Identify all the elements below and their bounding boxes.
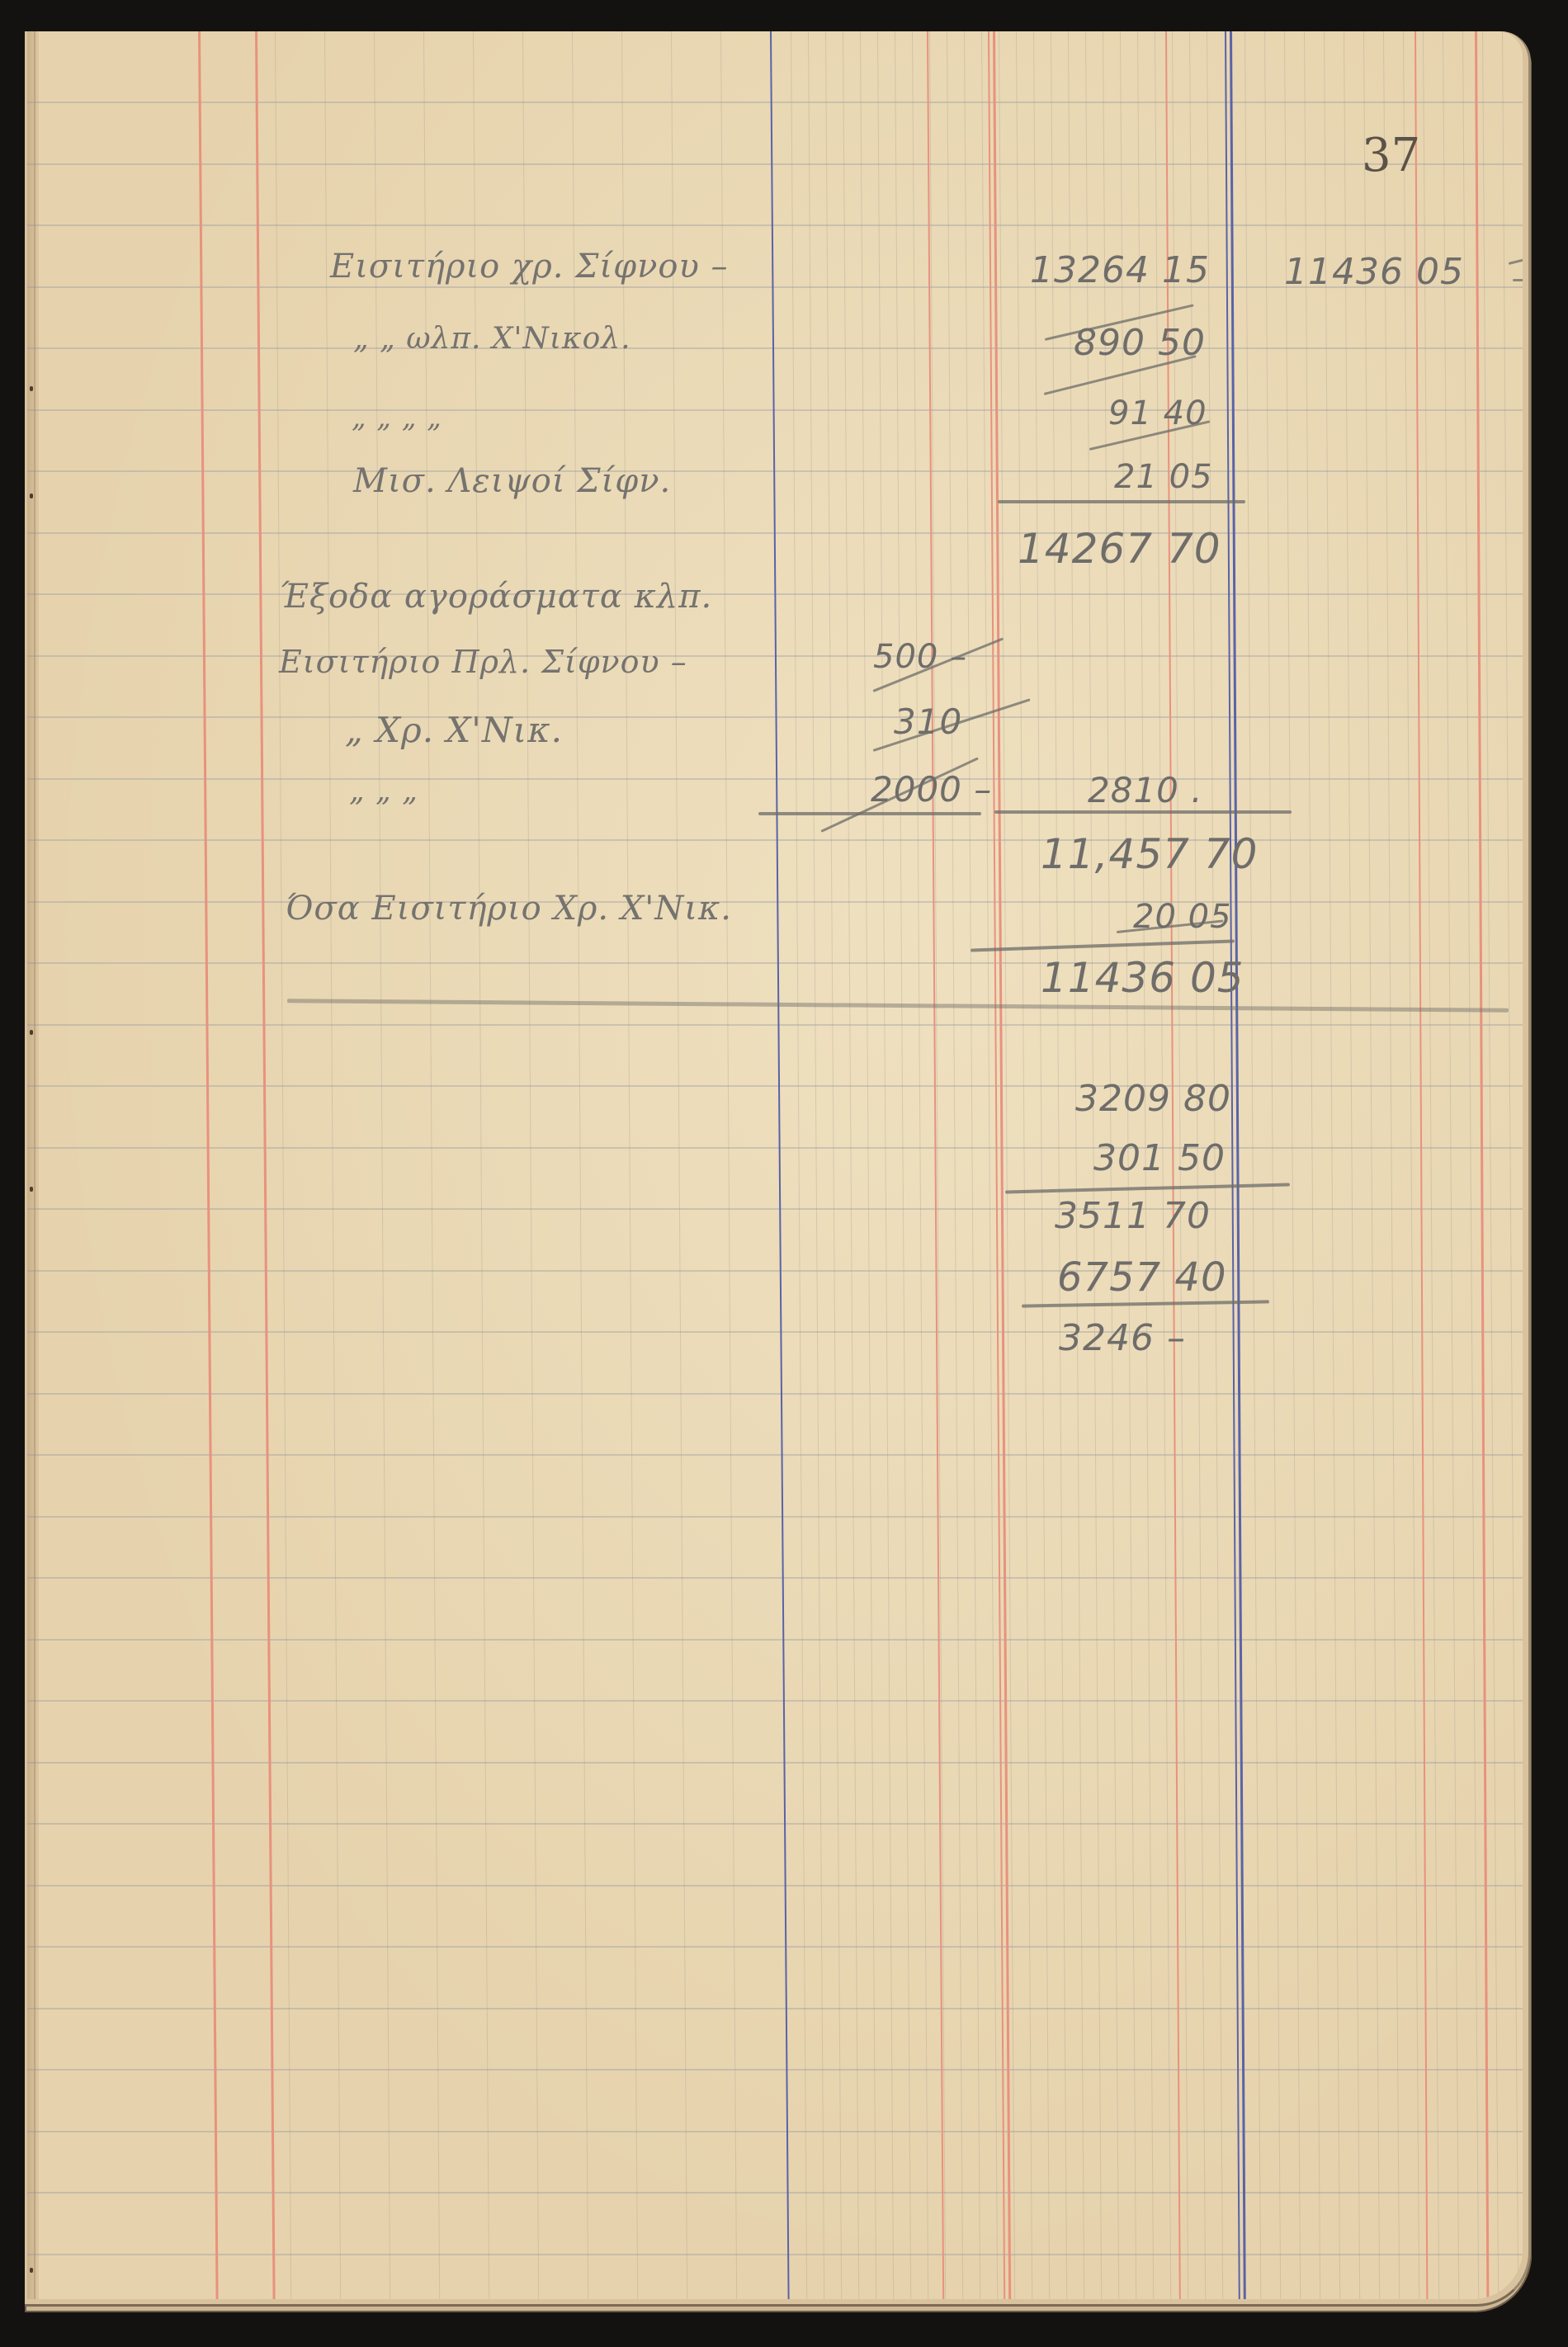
entry-amount: 2000 –	[871, 769, 992, 810]
entry-amount: 500 –	[873, 638, 967, 676]
subtotal-amount: 2810 .	[1088, 770, 1203, 810]
grid-line	[27, 1700, 1523, 1702]
entry-description: Μισ. Λειψοί Σίφν.	[353, 462, 671, 500]
margin-red-line	[255, 31, 276, 2299]
sum-rule	[994, 810, 1292, 814]
pencil-flourish	[1509, 247, 1523, 265]
grid-line	[947, 31, 963, 2299]
grid-line	[27, 1639, 1523, 1641]
grid-line	[808, 31, 824, 2299]
grid-line	[423, 31, 440, 2299]
grid-line	[324, 31, 341, 2299]
grid-line	[1324, 31, 1340, 2299]
grid-line	[27, 409, 1523, 411]
page-number: 37	[1362, 129, 1420, 182]
calc-subtract: 6757 40	[1057, 1254, 1227, 1301]
entry-description: „ „ „ „	[352, 401, 442, 434]
grid-line	[27, 839, 1523, 841]
entry-description: „ „ „	[349, 774, 418, 808]
entry-description: „ „ ωλπ. Χ'Νικολ.	[353, 322, 631, 356]
grid-line	[27, 1393, 1523, 1395]
grid-line	[964, 31, 980, 2299]
grid-line	[27, 962, 1523, 964]
grid-line	[27, 1762, 1523, 1764]
grid-line	[720, 31, 737, 2299]
grid-line	[27, 1085, 1523, 1087]
binding-stitch	[30, 1187, 33, 1192]
entry-amount: 13264 15	[1030, 249, 1210, 291]
grid-line	[27, 1270, 1523, 1272]
grid-line	[825, 31, 842, 2299]
entry-description: Όσα Εισιτήριο Χρ. Χ'Νικ.	[286, 890, 732, 928]
calc-line: 3209 80	[1075, 1078, 1231, 1120]
grid-line	[1363, 31, 1380, 2299]
column-red-line	[1475, 31, 1489, 2299]
grid-line	[27, 1454, 1523, 1456]
column-red-line	[927, 31, 944, 2299]
grid-line	[1051, 31, 1067, 2299]
balance-amount: 11,457 70	[1041, 830, 1258, 878]
grid-line	[929, 31, 946, 2299]
grid-line	[27, 1885, 1523, 1887]
grid-line	[912, 31, 928, 2299]
grid-line	[860, 31, 876, 2299]
grid-line	[27, 2254, 1523, 2255]
binding-stitch	[30, 1030, 33, 1035]
grid-line	[27, 1577, 1523, 1579]
entry-amount: 20 05	[1133, 898, 1232, 936]
grid-line	[1264, 31, 1281, 2299]
binding-stitch	[30, 386, 33, 391]
binding-stitch	[30, 2268, 33, 2273]
grid-line	[572, 31, 588, 2299]
grid-line	[621, 31, 638, 2299]
calc-difference: 3246 –	[1059, 1317, 1186, 1359]
grid-line	[671, 31, 687, 2299]
grid-line	[27, 901, 1523, 903]
calc-sum: 3511 70	[1055, 1195, 1211, 1237]
grid-line	[1068, 31, 1084, 2299]
grid-line	[1016, 31, 1032, 2299]
closing-rule	[287, 999, 1509, 1013]
grid-line	[1244, 31, 1261, 2299]
sum-rule	[998, 500, 1245, 503]
grid-line	[27, 1823, 1523, 1825]
entry-description: „ Χρ. Χ'Νικ.	[345, 710, 563, 750]
grid-line	[895, 31, 911, 2299]
grid-line	[791, 31, 807, 2299]
grid-line	[27, 224, 1523, 226]
column-blue-line	[770, 31, 790, 2299]
grid-line	[522, 31, 539, 2299]
grid-line	[473, 31, 489, 2299]
result-amount: 11436 05	[1041, 954, 1244, 1002]
carry-amount: 11436 05	[1284, 251, 1464, 293]
grid-line	[27, 347, 1523, 349]
grid-line	[27, 1516, 1523, 1518]
sum-rule	[758, 812, 981, 815]
grid-line	[374, 31, 390, 2299]
grid-line	[1443, 31, 1459, 2299]
pencil-dash	[1513, 279, 1523, 281]
grid-line	[27, 1147, 1523, 1149]
entry-amount: 21 05	[1114, 458, 1213, 496]
binding-gutter	[27, 31, 39, 2299]
grid-line	[1284, 31, 1301, 2299]
grid-line	[27, 102, 1523, 103]
entry-amount: 310	[894, 701, 962, 742]
grid-line	[1304, 31, 1320, 2299]
sum-rule	[1005, 1183, 1290, 1193]
grid-line	[1502, 31, 1518, 2299]
entry-description: Εισιτήριο χρ. Σίφνου –	[330, 248, 729, 286]
grid-line	[877, 31, 894, 2299]
grid-line	[27, 1208, 1523, 1210]
entry-description: Εισιτήριο Πρλ. Σίφνου –	[279, 644, 687, 680]
section-total: 14267 70	[1018, 525, 1221, 573]
calc-line: 301 50	[1093, 1137, 1226, 1179]
grid-line	[27, 2192, 1523, 2194]
section-heading: Έξοδα αγοράσματα κλπ.	[279, 578, 712, 616]
margin-red-line	[198, 31, 219, 2299]
grid-line	[27, 1331, 1523, 1333]
grid-line	[1383, 31, 1400, 2299]
grid-line	[1344, 31, 1360, 2299]
grid-line	[27, 778, 1523, 780]
binding-stitch	[30, 493, 33, 498]
grid-line	[27, 1024, 1523, 1026]
grid-line	[843, 31, 859, 2299]
grid-line	[1033, 31, 1050, 2299]
grid-line	[275, 31, 291, 2299]
grid-line	[27, 163, 1523, 165]
ledger-page: 37 Εισιτήριο χρ. Σίφνου – 13264 15 11436…	[27, 31, 1523, 2299]
gutter-fold	[34, 31, 35, 2299]
